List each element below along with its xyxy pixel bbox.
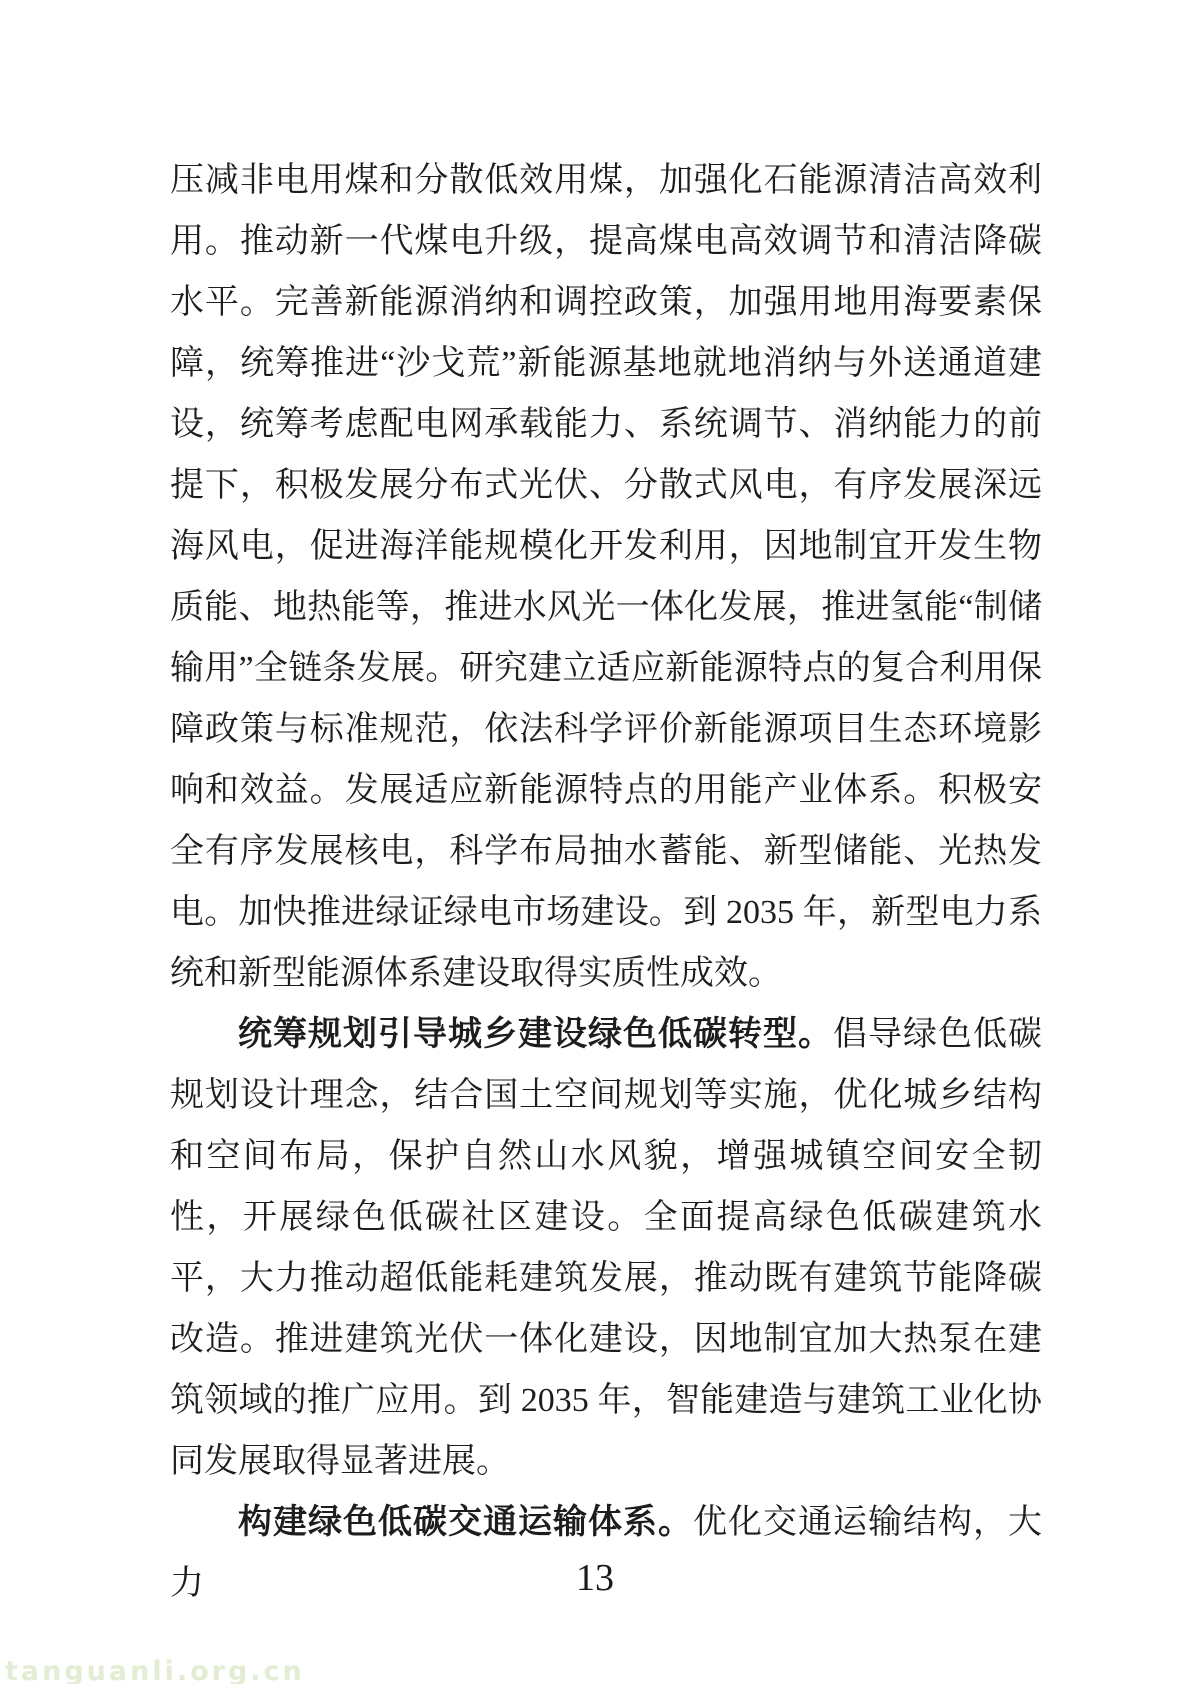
body-paragraph: 压减非电用煤和分散低效用煤，加强化石能源清洁高效利用。推动新一代煤电升级，提高煤… xyxy=(170,150,1042,1004)
paragraph-text: 倡导绿色低碳规划设计理念，结合国土空间规划等实施，优化城乡结构和空间布局，保护自… xyxy=(170,1016,1042,1480)
paragraph-text: 压减非电用煤和分散低效用煤，加强化石能源清洁高效利用。推动新一代煤电升级，提高煤… xyxy=(170,162,1042,992)
paragraph-lead: 构建绿色低碳交通运输体系。 xyxy=(238,1504,693,1541)
body-paragraph: 统筹规划引导城乡建设绿色低碳转型。倡导绿色低碳规划设计理念，结合国土空间规划等实… xyxy=(170,1004,1042,1492)
page-number: 13 xyxy=(0,1556,1190,1600)
document-page: 压减非电用煤和分散低效用煤，加强化石能源清洁高效利用。推动新一代煤电升级，提高煤… xyxy=(0,0,1190,1684)
paragraph-lead: 统筹规划引导城乡建设绿色低碳转型。 xyxy=(238,1016,833,1053)
document-body: 压减非电用煤和分散低效用煤，加强化石能源清洁高效利用。推动新一代煤电升级，提高煤… xyxy=(170,150,1042,1614)
watermark: tanguanli.org.cn xyxy=(5,1656,305,1684)
